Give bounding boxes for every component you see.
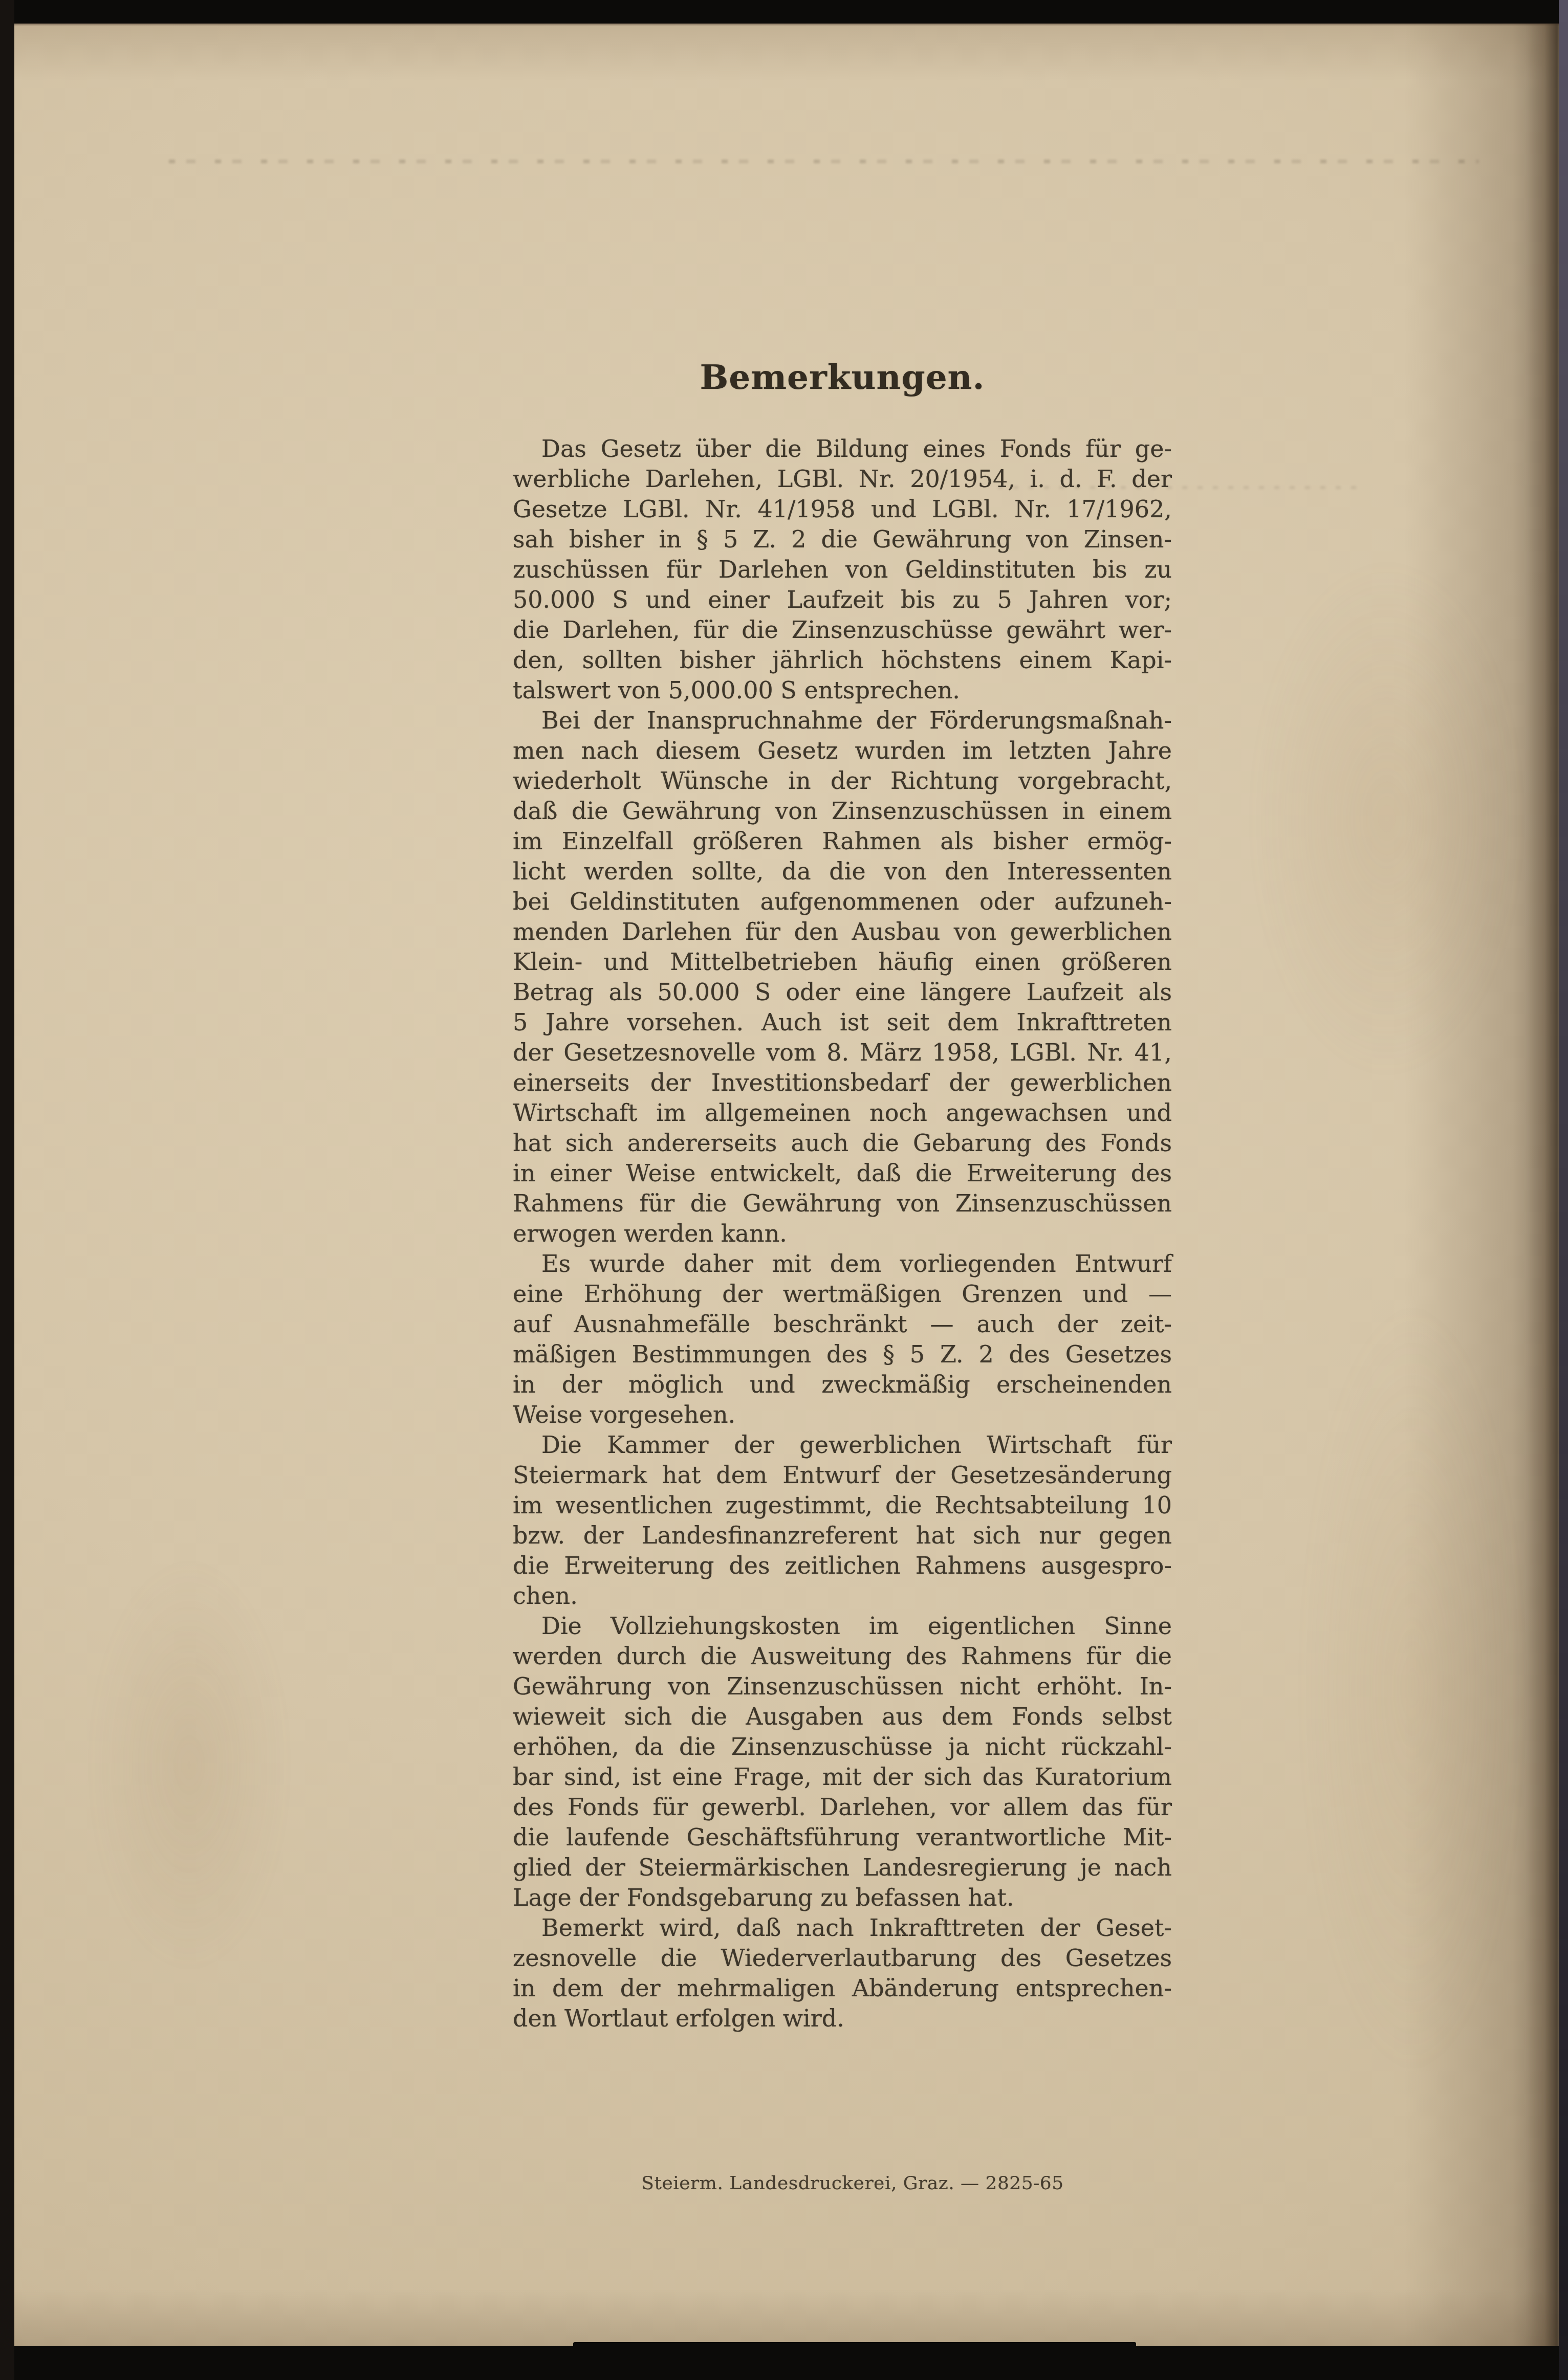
text-line: Die Kammer der gewerblichen Wirtschaft f… xyxy=(513,1430,1172,1460)
text-line: die Darlehen, für die Zinsenzuschüsse ge… xyxy=(513,615,1172,645)
text-line: bzw. der Landesfinanzreferent hat sich n… xyxy=(513,1520,1172,1551)
text-line: daß die Gewährung von Zinsenzuschüssen i… xyxy=(513,796,1172,826)
text-line: Das Gesetz über die Bildung eines Fonds … xyxy=(513,434,1172,464)
text-line: einerseits der Investitionsbedarf der ge… xyxy=(513,1068,1172,1098)
page-title: Bemerkungen. xyxy=(513,357,1172,398)
text-line: men nach diesem Gesetz wurden im letzten… xyxy=(513,736,1172,766)
text-line: 50.000 S und einer Laufzeit bis zu 5 Jah… xyxy=(513,585,1172,615)
text-line: Bemerkt wird, daß nach Inkrafttreten der… xyxy=(513,1913,1172,1943)
paragraph: Bemerkt wird, daß nach Inkrafttreten der… xyxy=(513,1913,1172,2034)
text-line: Rahmens für die Gewährung von Zinsenzusc… xyxy=(513,1188,1172,1219)
text-line: erhöhen, da die Zinsenzuschüsse ja nicht… xyxy=(513,1732,1172,1762)
text-line: Gesetze LGBl. Nr. 41/1958 und LGBl. Nr. … xyxy=(513,494,1172,524)
text-line: der Gesetzesnovelle vom 8. März 1958, LG… xyxy=(513,1038,1172,1068)
text-line: zuschüssen für Darlehen von Geldinstitut… xyxy=(513,555,1172,585)
text-line: in dem der mehrmaligen Abänderung entspr… xyxy=(513,1973,1172,2003)
scan-border-bottom xyxy=(0,2346,1568,2380)
paragraph: Die Vollziehungskosten im eigentlichen S… xyxy=(513,1611,1172,1913)
text-line: Betrag als 50.000 S oder eine längere La… xyxy=(513,977,1172,1007)
text-line: wieweit sich die Ausgaben aus dem Fonds … xyxy=(513,1702,1172,1732)
text-line: hat sich andererseits auch die Gebarung … xyxy=(513,1128,1172,1158)
paragraph: Es wurde daher mit dem vorliegenden Entw… xyxy=(513,1249,1172,1430)
text-line: werbliche Darlehen, LGBl. Nr. 20/1954, i… xyxy=(513,464,1172,494)
text-line: im wesentlichen zugestimmt, die Rechtsab… xyxy=(513,1490,1172,1520)
text-line: wiederholt Wünsche in der Richtung vorge… xyxy=(513,766,1172,796)
text-line: licht werden sollte, da die von den Inte… xyxy=(513,856,1172,887)
text-line: talswert von 5,000.00 S entsprechen. xyxy=(513,675,1172,706)
text-line: Klein- und Mittelbetrieben häufig einen … xyxy=(513,947,1172,977)
paragraph: Die Kammer der gewerblichen Wirtschaft f… xyxy=(513,1430,1172,1611)
text-line: die Erweiterung des zeitlichen Rahmens a… xyxy=(513,1551,1172,1581)
paragraph: Das Gesetz über die Bildung eines Fonds … xyxy=(513,434,1172,706)
document-body-text: Das Gesetz über die Bildung eines Fonds … xyxy=(513,434,1172,2034)
text-line: die laufende Geschäftsführung verantwort… xyxy=(513,1822,1172,1853)
text-line: den Wortlaut erfolgen wird. xyxy=(513,2003,1172,2034)
printer-imprint: Steierm. Landesdruckerei, Graz. — 2825-6… xyxy=(523,2172,1182,2194)
text-line: den, sollten bisher jährlich höchstens e… xyxy=(513,645,1172,675)
text-line: bar sind, ist eine Frage, mit der sich d… xyxy=(513,1762,1172,1792)
paper-stain xyxy=(1254,563,1520,1074)
scan-border-right xyxy=(1559,0,1568,2380)
text-line: in der möglich und zweckmäßig erscheinen… xyxy=(513,1370,1172,1400)
paper-stain xyxy=(1305,1305,1520,2072)
scan-artifact-ghost-line xyxy=(169,160,1479,163)
scanned-document-page: { "page": { "title": "Bemerkungen.", "pa… xyxy=(0,0,1568,2380)
text-line: Die Vollziehungskosten im eigentlichen S… xyxy=(513,1611,1172,1641)
text-line: menden Darlehen für den Ausbau von gewer… xyxy=(513,917,1172,947)
text-line: Es wurde daher mit dem vorliegenden Entw… xyxy=(513,1249,1172,1279)
text-line: in einer Weise entwickelt, daß die Erwei… xyxy=(513,1158,1172,1188)
text-line: zesnovelle die Wiederverlautbarung des G… xyxy=(513,1943,1172,1973)
text-line: erwogen werden kann. xyxy=(513,1219,1172,1249)
text-line: Wirtschaft im allgemeinen noch angewachs… xyxy=(513,1098,1172,1128)
scan-border-top xyxy=(0,0,1568,24)
text-line: bei Geldinstituten aufgenommenen oder au… xyxy=(513,887,1172,917)
paper-stain xyxy=(92,1560,287,1970)
text-line: Gewährung von Zinsenzuschüssen nicht erh… xyxy=(513,1671,1172,1702)
text-line: Steiermark hat dem Entwurf der Gesetzesä… xyxy=(513,1460,1172,1490)
text-line: des Fonds für gewerbl. Darlehen, vor all… xyxy=(513,1792,1172,1822)
text-line: Weise vorgesehen. xyxy=(513,1400,1172,1430)
paragraph: Bei der Inanspruchnahme der Förderungsma… xyxy=(513,706,1172,1249)
text-line: werden durch die Ausweitung des Rahmens … xyxy=(513,1641,1172,1671)
scan-border-left xyxy=(0,0,14,2380)
text-line: sah bisher in § 5 Z. 2 die Gewährung von… xyxy=(513,524,1172,555)
text-line: Lage der Fondsgebarung zu befassen hat. xyxy=(513,1883,1172,1913)
text-line: chen. xyxy=(513,1581,1172,1611)
text-line: eine Erhöhung der wertmäßigen Grenzen un… xyxy=(513,1279,1172,1309)
text-line: auf Ausnahmefälle beschränkt — auch der … xyxy=(513,1309,1172,1339)
text-line: mäßigen Bestimmungen des § 5 Z. 2 des Ge… xyxy=(513,1339,1172,1370)
page-fold-shadow xyxy=(1527,23,1559,2347)
text-line: im Einzelfall größeren Rahmen als bisher… xyxy=(513,826,1172,856)
text-line: Bei der Inanspruchnahme der Förderungsma… xyxy=(513,706,1172,736)
text-line: 5 Jahre vorsehen. Auch ist seit dem Inkr… xyxy=(513,1007,1172,1038)
text-line: glied der Steiermärkischen Landesregieru… xyxy=(513,1853,1172,1883)
